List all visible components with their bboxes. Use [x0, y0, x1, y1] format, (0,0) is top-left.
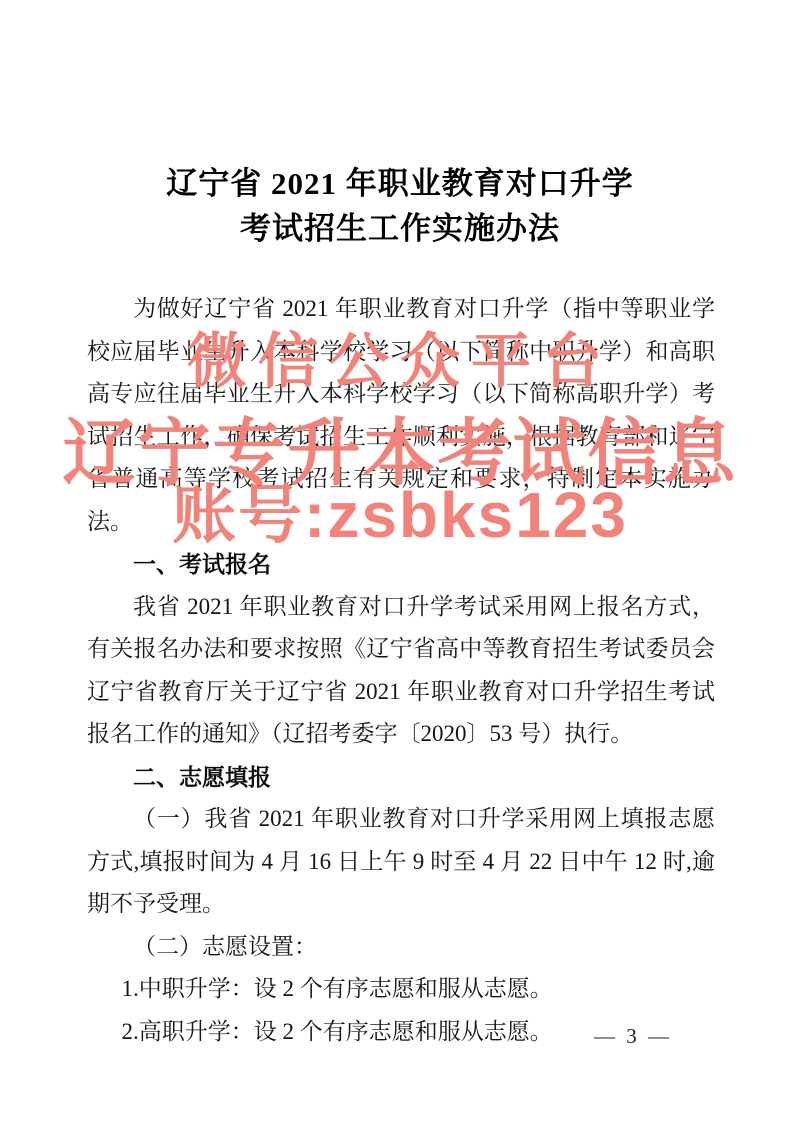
section-heading-1: 一、考试报名	[87, 543, 715, 586]
page-number: — 3 —	[594, 1024, 672, 1049]
document-title-line-2: 考试招生工作实施办法	[0, 206, 800, 251]
paragraph-intro: 为做好辽宁省 2021 年职业教育对口升学（指中等职业学校应届毕业生升入本科学校…	[87, 288, 715, 543]
paragraph-registration: 我省 2021 年职业教育对口升学考试采用网上报名方式，有关报名办法和要求按照《…	[87, 586, 715, 756]
document-body: 为做好辽宁省 2021 年职业教育对口升学（指中等职业学校应届毕业生升入本科学校…	[87, 288, 715, 1053]
paragraph-volunteer-time: （一）我省 2021 年职业教育对口升学采用网上填报志愿方式,填报时间为 4 月…	[87, 798, 715, 926]
document-title-line-1: 辽宁省 2021 年职业教育对口升学	[0, 161, 800, 206]
document-title: 辽宁省 2021 年职业教育对口升学 考试招生工作实施办法	[0, 161, 800, 251]
paragraph-item-1: 1.中职升学：设 2 个有序志愿和服从志愿。	[87, 968, 715, 1011]
paragraph-volunteer-setting: （二）志愿设置：	[87, 926, 715, 969]
section-heading-2: 二、志愿填报	[87, 756, 715, 799]
document-page: 辽宁省 2021 年职业教育对口升学 考试招生工作实施办法 为做好辽宁省 202…	[0, 0, 800, 1131]
